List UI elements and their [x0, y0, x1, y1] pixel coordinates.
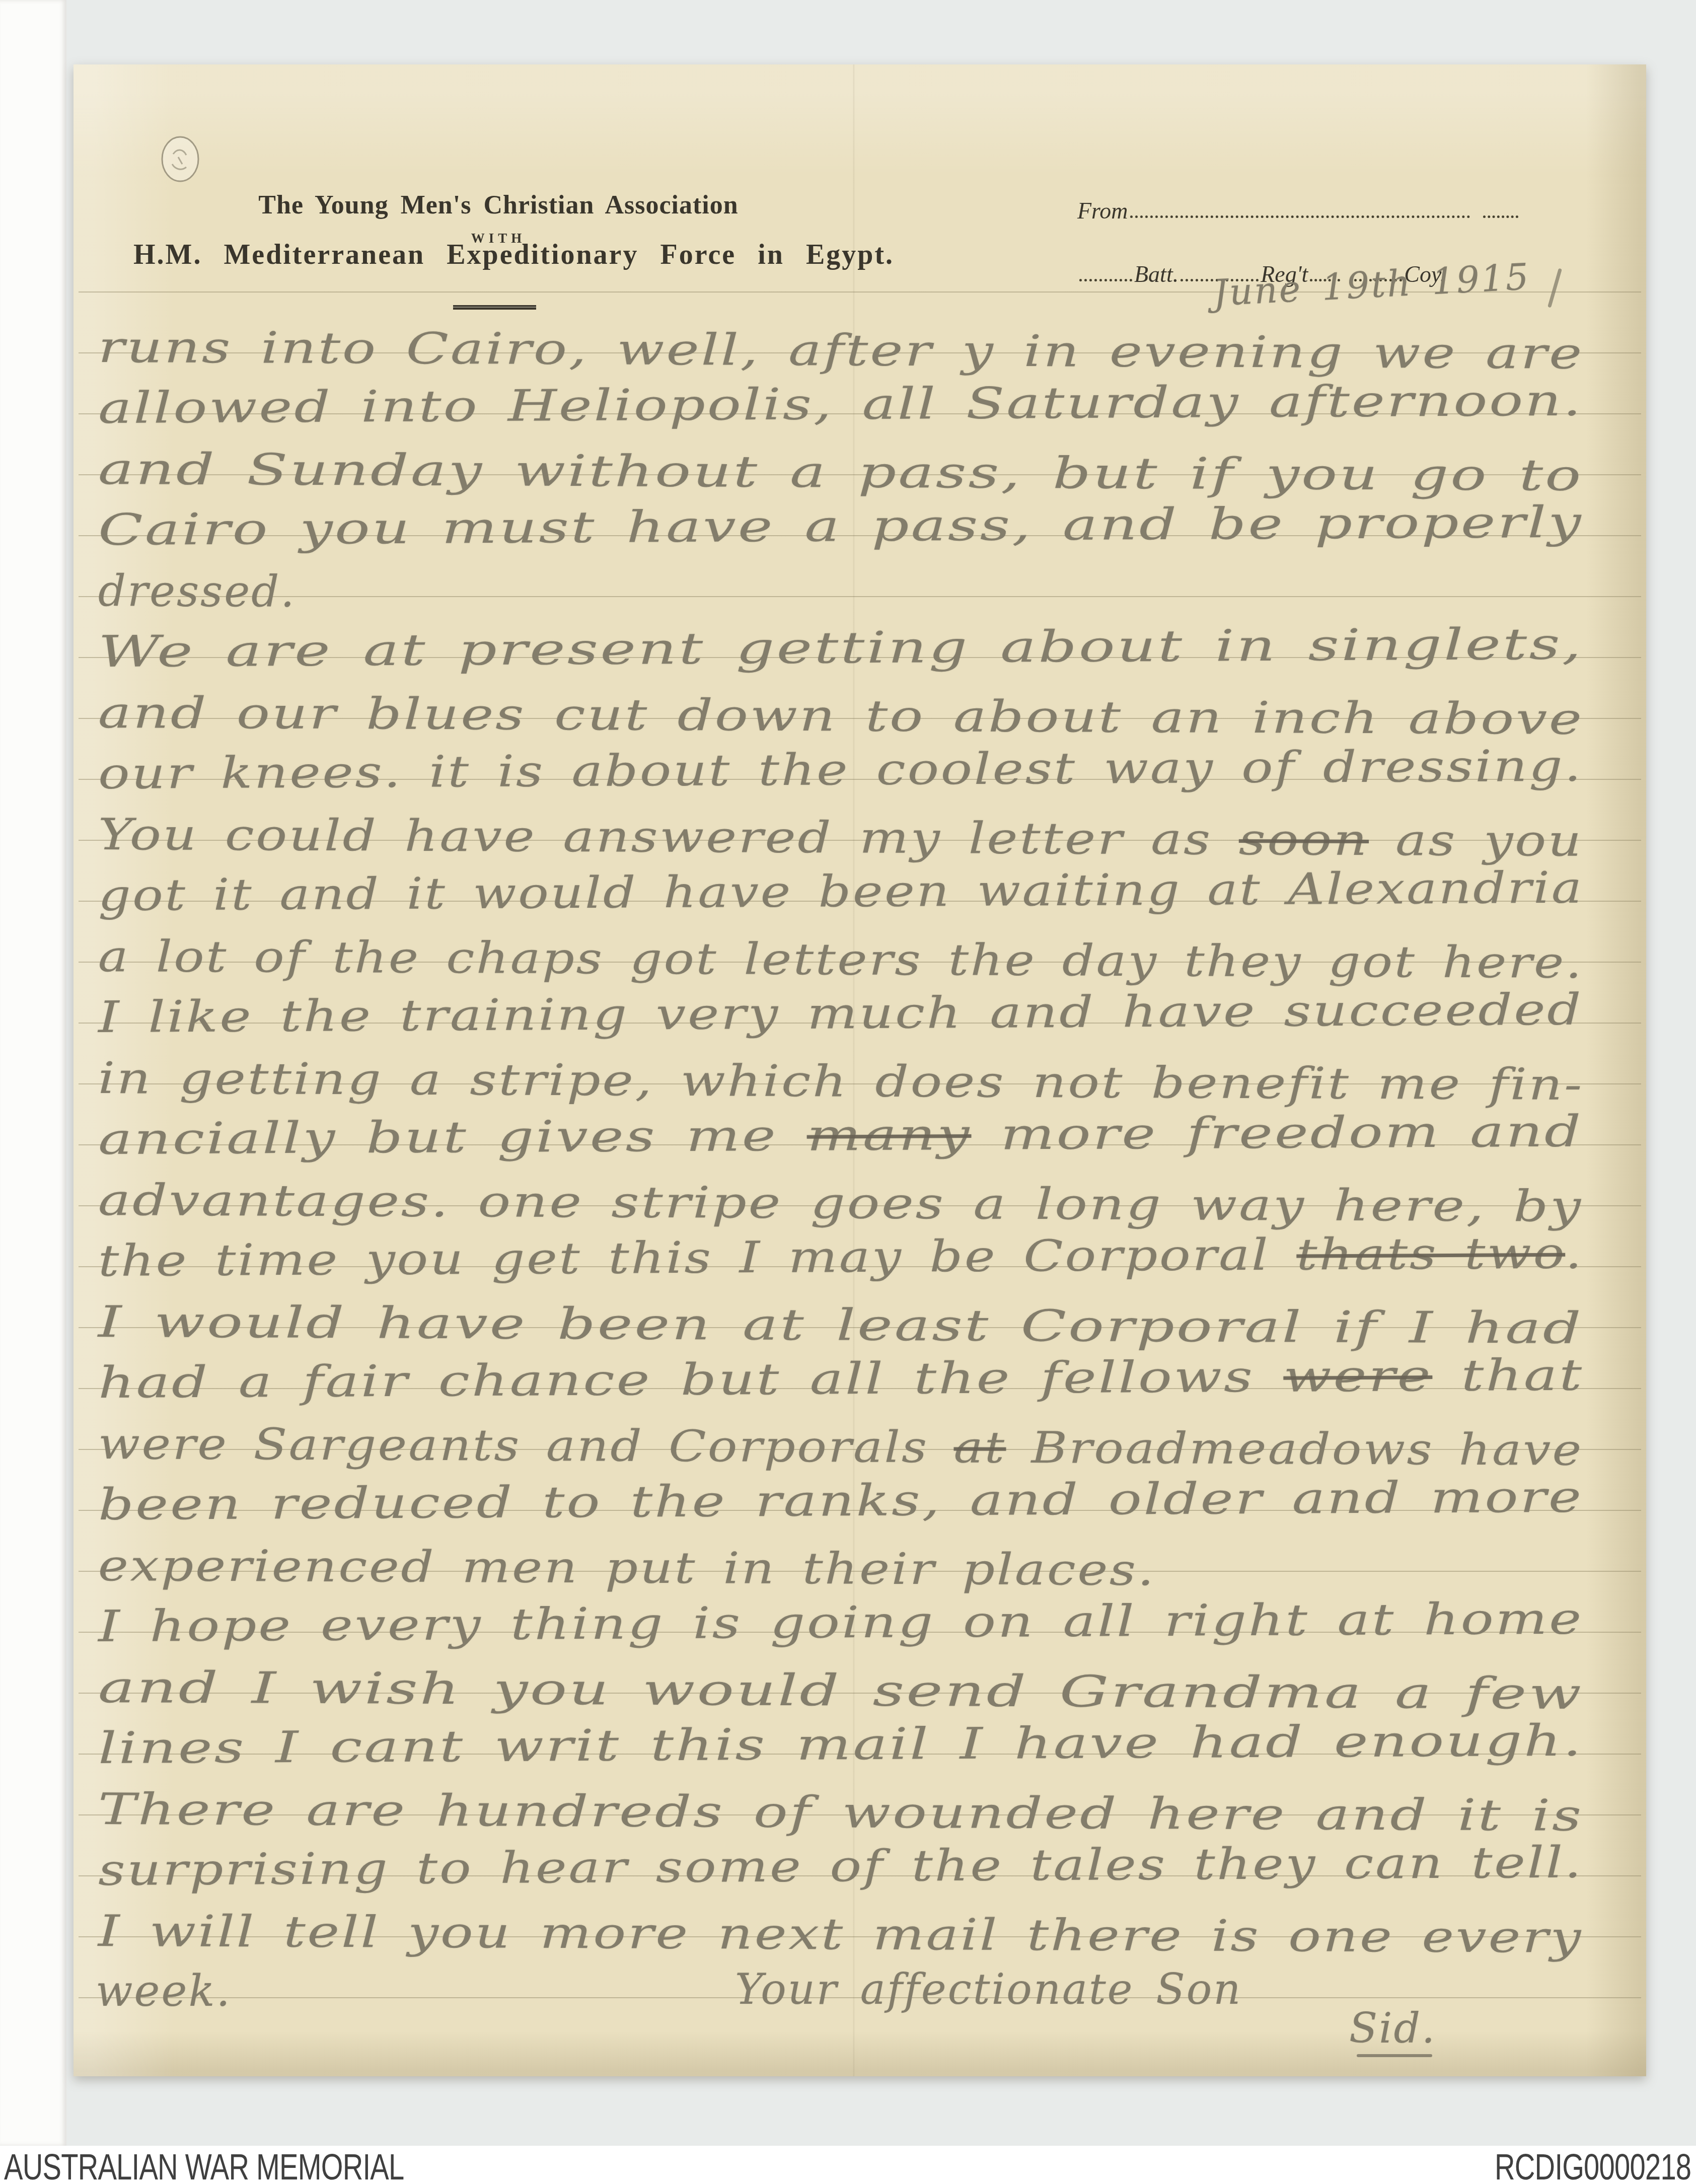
- scanned-letter-page: The Young Men's Christian Association WI…: [0, 0, 1696, 2184]
- letter-line: in getting a stripe, which does not bene…: [98, 1053, 1584, 1110]
- letter-line: had a fair chance but all the fellows we…: [98, 1350, 1584, 1408]
- signature: Sid.: [1349, 2005, 1436, 2053]
- letter-line: a lot of the chaps got letters the day t…: [98, 931, 1584, 988]
- letter-line: surprising to hear some of the tales the…: [98, 1838, 1583, 1896]
- letter-line: advantages. one stripe goes a long way h…: [98, 1175, 1583, 1232]
- letter-line: runs into Cairo, well, after y in evenin…: [98, 322, 1584, 379]
- dotted-leader: [1079, 279, 1132, 281]
- letter-line: and I wish you would send Grandma a few: [98, 1662, 1584, 1719]
- letter-line: our knees. it is about the coolest way o…: [98, 741, 1583, 799]
- dotted-leader: [1483, 215, 1518, 218]
- letter-paper: The Young Men's Christian Association WI…: [73, 64, 1646, 2076]
- letter-line: I would have been at least Corporal if I…: [98, 1297, 1583, 1354]
- letterhead-subtitle: H.M. Mediterranean Expeditionary Force i…: [133, 239, 894, 271]
- letter-line: You could have answered my letter as soo…: [98, 810, 1583, 866]
- scanner-left-strip: [0, 0, 66, 2146]
- letter-line: There are hundreds of wounded here and i…: [98, 1784, 1583, 1841]
- letter-line: got it and it would have been waiting at…: [98, 863, 1584, 921]
- signature-underline: [1357, 2054, 1432, 2057]
- letter-line: allowed into Heliopolis, all Saturday af…: [98, 376, 1583, 433]
- archive-caption-bar: AUSTRALIAN WAR MEMORIAL RCDIG0000218: [0, 2146, 1696, 2184]
- dotted-leader: [1130, 215, 1470, 218]
- letter-line: Cairo you must have a pass, and be prope…: [98, 497, 1583, 555]
- embossed-stamp-icon: [160, 135, 200, 183]
- letterhead-title: The Young Men's Christian Association: [232, 190, 765, 220]
- letter-line: I will tell you more next mail there is …: [98, 1906, 1583, 1963]
- from-label: From: [1077, 197, 1128, 224]
- letter-line: I like the training very much and have s…: [98, 985, 1583, 1043]
- letter-line: lines I cant writ this mail I have had e…: [98, 1716, 1584, 1774]
- letter-line: We are at present getting about in singl…: [98, 619, 1583, 677]
- archive-name: AUSTRALIAN WAR MEMORIAL: [4, 2147, 404, 2184]
- letter-line: week.: [96, 1966, 232, 2016]
- letter-line: the time you get this I may be Corporal …: [98, 1228, 1584, 1286]
- letter-line: were Sargeants and Corporals at Broadmea…: [98, 1419, 1583, 1476]
- letterhead-divider: [453, 305, 536, 310]
- archive-id: RCDIG0000218: [1495, 2147, 1691, 2184]
- letter-line: experienced men put in their places.: [98, 1541, 1156, 1595]
- batt-label: Batt.: [1134, 261, 1178, 287]
- letter-line: I hope every thing is going on all right…: [98, 1594, 1584, 1652]
- letter-line: ancially but gives me many more freedom …: [98, 1107, 1583, 1164]
- from-field-row: From: [1077, 197, 1520, 224]
- valediction: Your affectionate Son: [735, 1964, 1242, 2014]
- letter-line: been reduced to the ranks, and older and…: [98, 1472, 1583, 1530]
- letter-line: and Sunday without a pass, but if you go…: [98, 444, 1583, 501]
- letter-line: dressed.: [98, 566, 296, 617]
- letter-line: and our blues cut down to about an inch …: [98, 688, 1584, 745]
